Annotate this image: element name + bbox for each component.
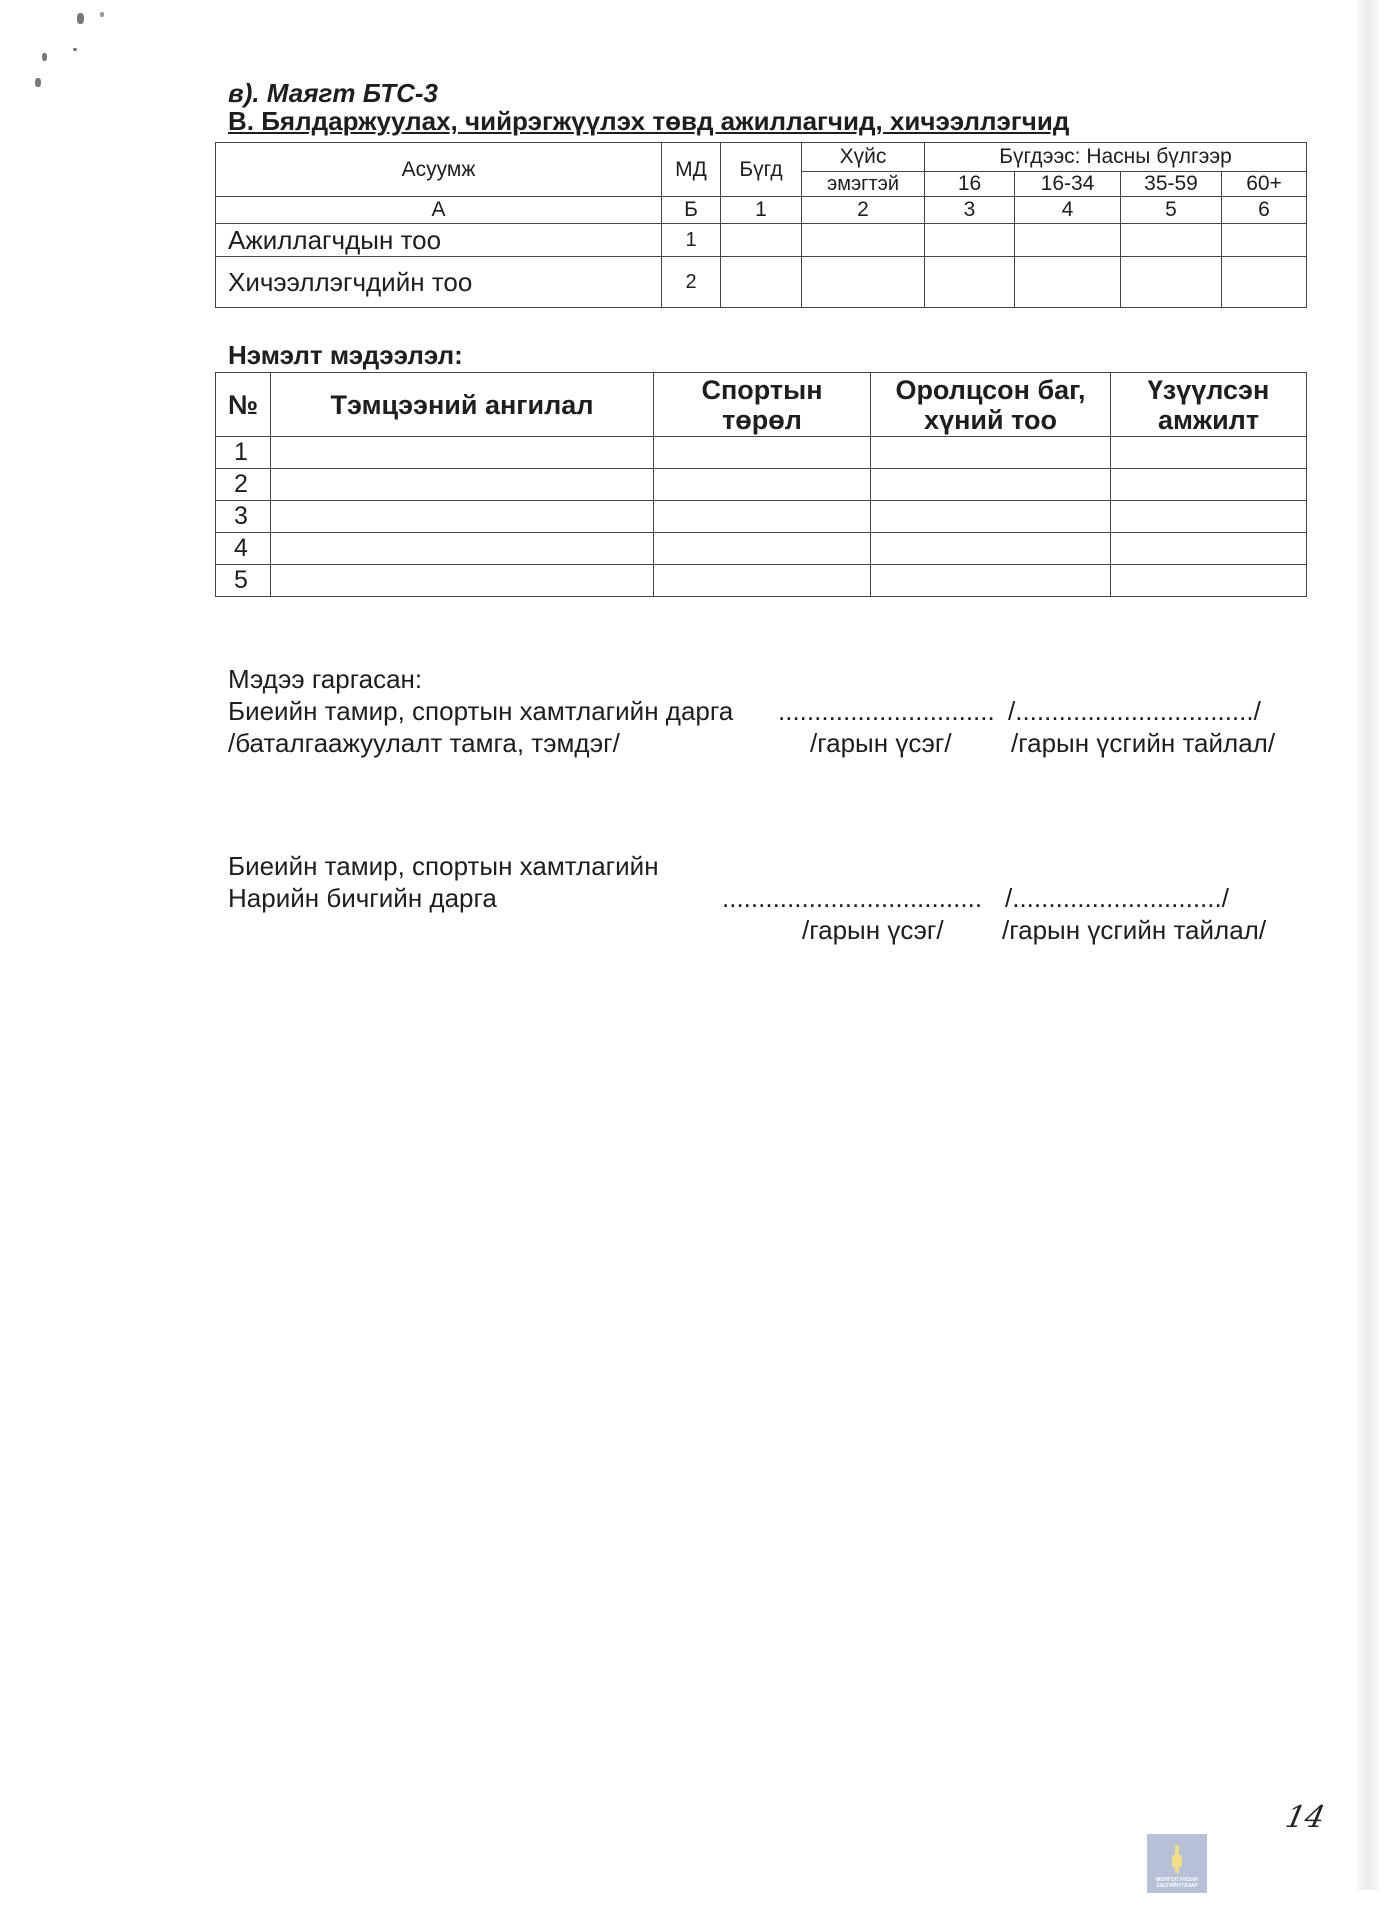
header-age-group: Бүгдээс: Насны бүлгээр bbox=[925, 143, 1307, 172]
table-row: 1 bbox=[216, 437, 1307, 469]
header-age-60-plus: 60+ bbox=[1222, 172, 1307, 197]
value-cell[interactable] bbox=[1121, 257, 1222, 308]
header-total: Бүгд bbox=[721, 143, 802, 197]
index-cell: 2 bbox=[802, 197, 925, 224]
chairman-name-line[interactable]: /................................./ bbox=[1008, 696, 1261, 727]
table-row: Хичээллэгчдийн тоо 2 bbox=[216, 257, 1307, 308]
value-cell[interactable] bbox=[1015, 224, 1121, 257]
participants-cell[interactable] bbox=[871, 437, 1111, 469]
value-cell[interactable] bbox=[1222, 224, 1307, 257]
row-label: Ажиллагчдын тоо bbox=[216, 224, 662, 257]
index-cell: Б bbox=[662, 197, 721, 224]
header-row: № Тэмцээний ангилал Спортын төрөл Оролцс… bbox=[216, 373, 1307, 437]
table-row: 5 bbox=[216, 565, 1307, 597]
competition-type-cell[interactable] bbox=[271, 565, 654, 597]
index-cell: 3 bbox=[925, 197, 1015, 224]
stamp-caption: /баталгаажуулалт тамга, тэмдэг/ bbox=[228, 728, 620, 759]
chairman-signature-line[interactable]: .............................. bbox=[778, 696, 995, 727]
competition-type-cell[interactable] bbox=[271, 501, 654, 533]
row-code: 1 bbox=[662, 224, 721, 257]
achievement-cell[interactable] bbox=[1111, 437, 1307, 469]
name-caption: /гарын үсгийн тайлал/ bbox=[1002, 915, 1266, 946]
scan-edge-strip bbox=[1357, 0, 1379, 1890]
row-label: Хичээллэгчдийн тоо bbox=[216, 257, 662, 308]
reported-by-label: Мэдээ гаргасан: bbox=[228, 664, 422, 695]
row-code: 2 bbox=[662, 257, 721, 308]
signature-caption: /гарын үсэг/ bbox=[802, 915, 944, 946]
value-cell[interactable] bbox=[721, 257, 802, 308]
table-row: 2 bbox=[216, 469, 1307, 501]
section-title: В. Бялдаржуулах, чийрэгжүүлэх төвд ажилл… bbox=[228, 106, 1069, 137]
competition-type-cell[interactable] bbox=[271, 469, 654, 501]
name-caption: /гарын үсгийн тайлал/ bbox=[1011, 728, 1275, 759]
scan-speck bbox=[73, 48, 77, 51]
index-cell: А bbox=[216, 197, 662, 224]
participants-cell[interactable] bbox=[871, 565, 1111, 597]
additional-info-table: № Тэмцээний ангилал Спортын төрөл Оролцс… bbox=[215, 372, 1307, 597]
header-achievement: Үзүүлсэн амжилт bbox=[1111, 373, 1307, 437]
government-logo: МОНГОЛ УЛСЫН ЗАСГИЙН ГАЗАР bbox=[1147, 1834, 1207, 1893]
sport-type-cell[interactable] bbox=[654, 533, 871, 565]
form-label: в). Маягт БТС-3 bbox=[228, 78, 438, 109]
value-cell[interactable] bbox=[721, 224, 802, 257]
signature-caption: /гарын үсэг/ bbox=[810, 728, 952, 759]
sport-type-cell[interactable] bbox=[654, 469, 871, 501]
index-cell: 4 bbox=[1015, 197, 1121, 224]
scan-speck bbox=[35, 78, 41, 87]
header-participants: Оролцсон баг, хүний тоо bbox=[871, 373, 1111, 437]
index-row: А Б 1 2 3 4 5 6 bbox=[216, 197, 1307, 224]
logo-text: МОНГОЛ УЛСЫН ЗАСГИЙН ГАЗАР bbox=[1156, 1877, 1198, 1889]
row-number: 1 bbox=[216, 437, 271, 469]
table-row: 4 bbox=[216, 533, 1307, 565]
row-number: 3 bbox=[216, 501, 271, 533]
header-competition-type: Тэмцээний ангилал bbox=[271, 373, 654, 437]
competition-type-cell[interactable] bbox=[271, 533, 654, 565]
participants-cell[interactable] bbox=[871, 533, 1111, 565]
header-no: № bbox=[216, 373, 271, 437]
index-cell: 5 bbox=[1121, 197, 1222, 224]
header-age-35-59: 35-59 bbox=[1121, 172, 1222, 197]
secretary-signature-line[interactable]: .................................... bbox=[722, 883, 982, 914]
header-question: Асуумж bbox=[216, 143, 662, 197]
header-row-code: МД bbox=[662, 143, 721, 197]
index-cell: 6 bbox=[1222, 197, 1307, 224]
achievement-cell[interactable] bbox=[1111, 565, 1307, 597]
value-cell[interactable] bbox=[925, 257, 1015, 308]
scan-speck bbox=[42, 53, 47, 61]
secretary-title-line2: Нарийн бичгийн дарга bbox=[228, 883, 497, 914]
additional-info-label: Нэмэлт мэдээлэл: bbox=[228, 340, 463, 371]
value-cell[interactable] bbox=[1121, 224, 1222, 257]
page-number: 14 bbox=[1282, 1800, 1328, 1835]
value-cell[interactable] bbox=[802, 257, 925, 308]
scan-speck bbox=[100, 12, 104, 17]
chairman-title: Биеийн тамир, спортын хамтлагийн дарга bbox=[228, 696, 733, 727]
competition-type-cell[interactable] bbox=[271, 437, 654, 469]
index-cell: 1 bbox=[721, 197, 802, 224]
achievement-cell[interactable] bbox=[1111, 469, 1307, 501]
participants-cell[interactable] bbox=[871, 501, 1111, 533]
value-cell[interactable] bbox=[1222, 257, 1307, 308]
table-row: Ажиллагчдын тоо 1 bbox=[216, 224, 1307, 257]
achievement-cell[interactable] bbox=[1111, 533, 1307, 565]
value-cell[interactable] bbox=[802, 224, 925, 257]
value-cell[interactable] bbox=[925, 224, 1015, 257]
sport-type-cell[interactable] bbox=[654, 437, 871, 469]
soyombo-emblem-icon bbox=[1172, 1845, 1182, 1873]
participants-cell[interactable] bbox=[871, 469, 1111, 501]
achievement-cell[interactable] bbox=[1111, 501, 1307, 533]
row-number: 4 bbox=[216, 533, 271, 565]
staff-table: Асуумж МД Бүгд Хүйс Бүгдээс: Насны бүлгэ… bbox=[215, 142, 1307, 308]
header-sport-type: Спортын төрөл bbox=[654, 373, 871, 437]
table-row: 3 bbox=[216, 501, 1307, 533]
row-number: 2 bbox=[216, 469, 271, 501]
header-gender: Хүйс bbox=[802, 143, 925, 172]
value-cell[interactable] bbox=[1015, 257, 1121, 308]
header-age-16-34: 16-34 bbox=[1015, 172, 1121, 197]
header-female: эмэгтэй bbox=[802, 172, 925, 197]
scan-speck bbox=[77, 13, 84, 24]
header-age-16: 16 bbox=[925, 172, 1015, 197]
row-number: 5 bbox=[216, 565, 271, 597]
secretary-name-line[interactable]: /............................./ bbox=[1005, 883, 1229, 914]
secretary-title-line1: Биеийн тамир, спортын хамтлагийн bbox=[228, 851, 659, 882]
sport-type-cell[interactable] bbox=[654, 501, 871, 533]
sport-type-cell[interactable] bbox=[654, 565, 871, 597]
